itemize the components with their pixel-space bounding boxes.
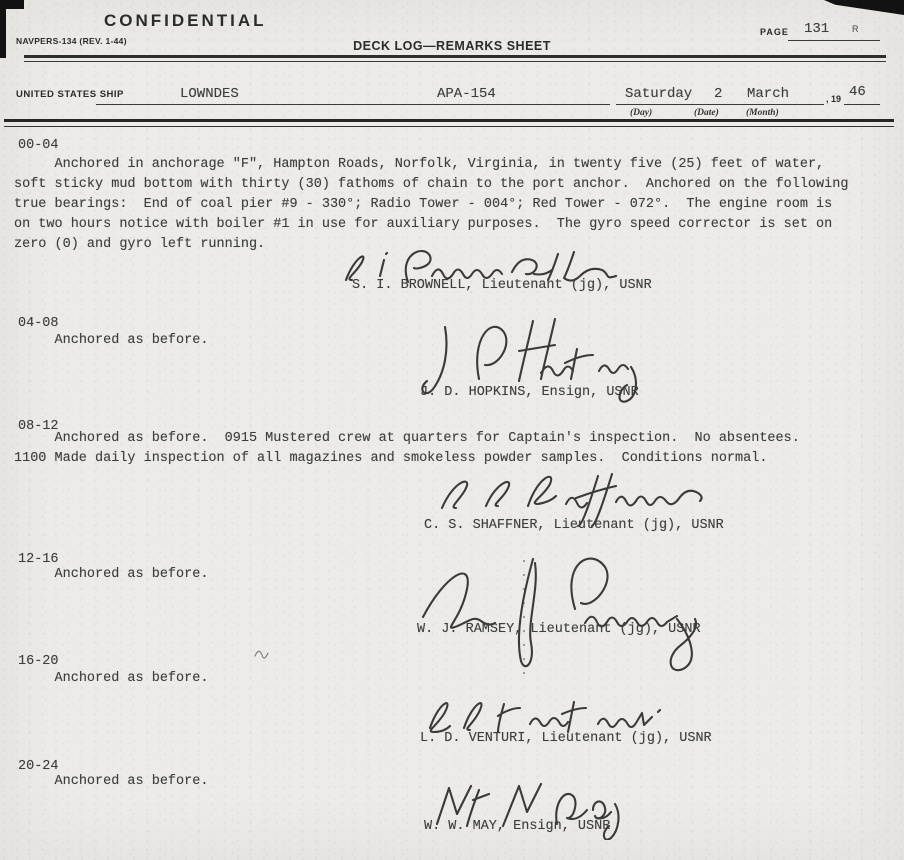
page-label: PAGE [760, 27, 789, 37]
ship-name-line [96, 104, 610, 105]
entry-text: Anchored as before. 0915 Mustered crew a… [14, 429, 896, 469]
month-value: March [747, 84, 789, 104]
page-number: 131 [804, 19, 829, 39]
year-prefix: , 19 [826, 94, 841, 104]
signature-name: C. S. SHAFFNER, Lieutenant (jg), USNR [424, 516, 724, 536]
year-value: 46 [849, 82, 866, 102]
scan-artifact-top-right [824, 0, 904, 15]
day-caption: (Day) [630, 108, 652, 118]
day-value: Saturday [625, 84, 692, 104]
scan-artifact-dots [523, 548, 525, 686]
deck-log-page: CONFIDENTIAL NAVPERS-134 (REV. 1-44) DEC… [0, 0, 904, 860]
stray-pencil-mark [252, 642, 272, 662]
classification-stamp: CONFIDENTIAL [104, 11, 267, 31]
signature-name: S. I. BROWNELL, Lieutenant (jg), USNR [352, 276, 652, 296]
signature-name: J. D. HOPKINS, Ensign, USNR [420, 383, 639, 403]
page-number-line [788, 40, 880, 41]
sheet-title: DECK LOG—REMARKS SHEET [0, 39, 904, 53]
date-line [616, 104, 824, 105]
year-line [844, 104, 880, 105]
ship-label: UNITED STATES SHIP [16, 89, 124, 100]
signature-name: W. J. RAMSEY, Lieutenant (jg), USNR [417, 620, 701, 640]
entry-text: Anchored as before. [14, 669, 896, 689]
watch-period-label: 00-04 [18, 136, 59, 156]
date-value: 2 [714, 84, 722, 104]
body-top-rule [4, 119, 894, 127]
ship-name-value: LOWNDES [180, 84, 239, 104]
signature-name: L. D. VENTURI, Lieutenant (jg), USNR [420, 729, 712, 749]
page-suffix: R [852, 24, 859, 34]
hull-number-value: APA-154 [437, 84, 496, 104]
date-caption: (Date) [694, 108, 719, 118]
month-caption: (Month) [746, 108, 779, 118]
signature-name: W. W. MAY, Ensign, USNR [424, 817, 610, 837]
entry-text: Anchored in anchorage "F", Hampton Roads… [14, 155, 896, 255]
header-rule [24, 55, 886, 62]
